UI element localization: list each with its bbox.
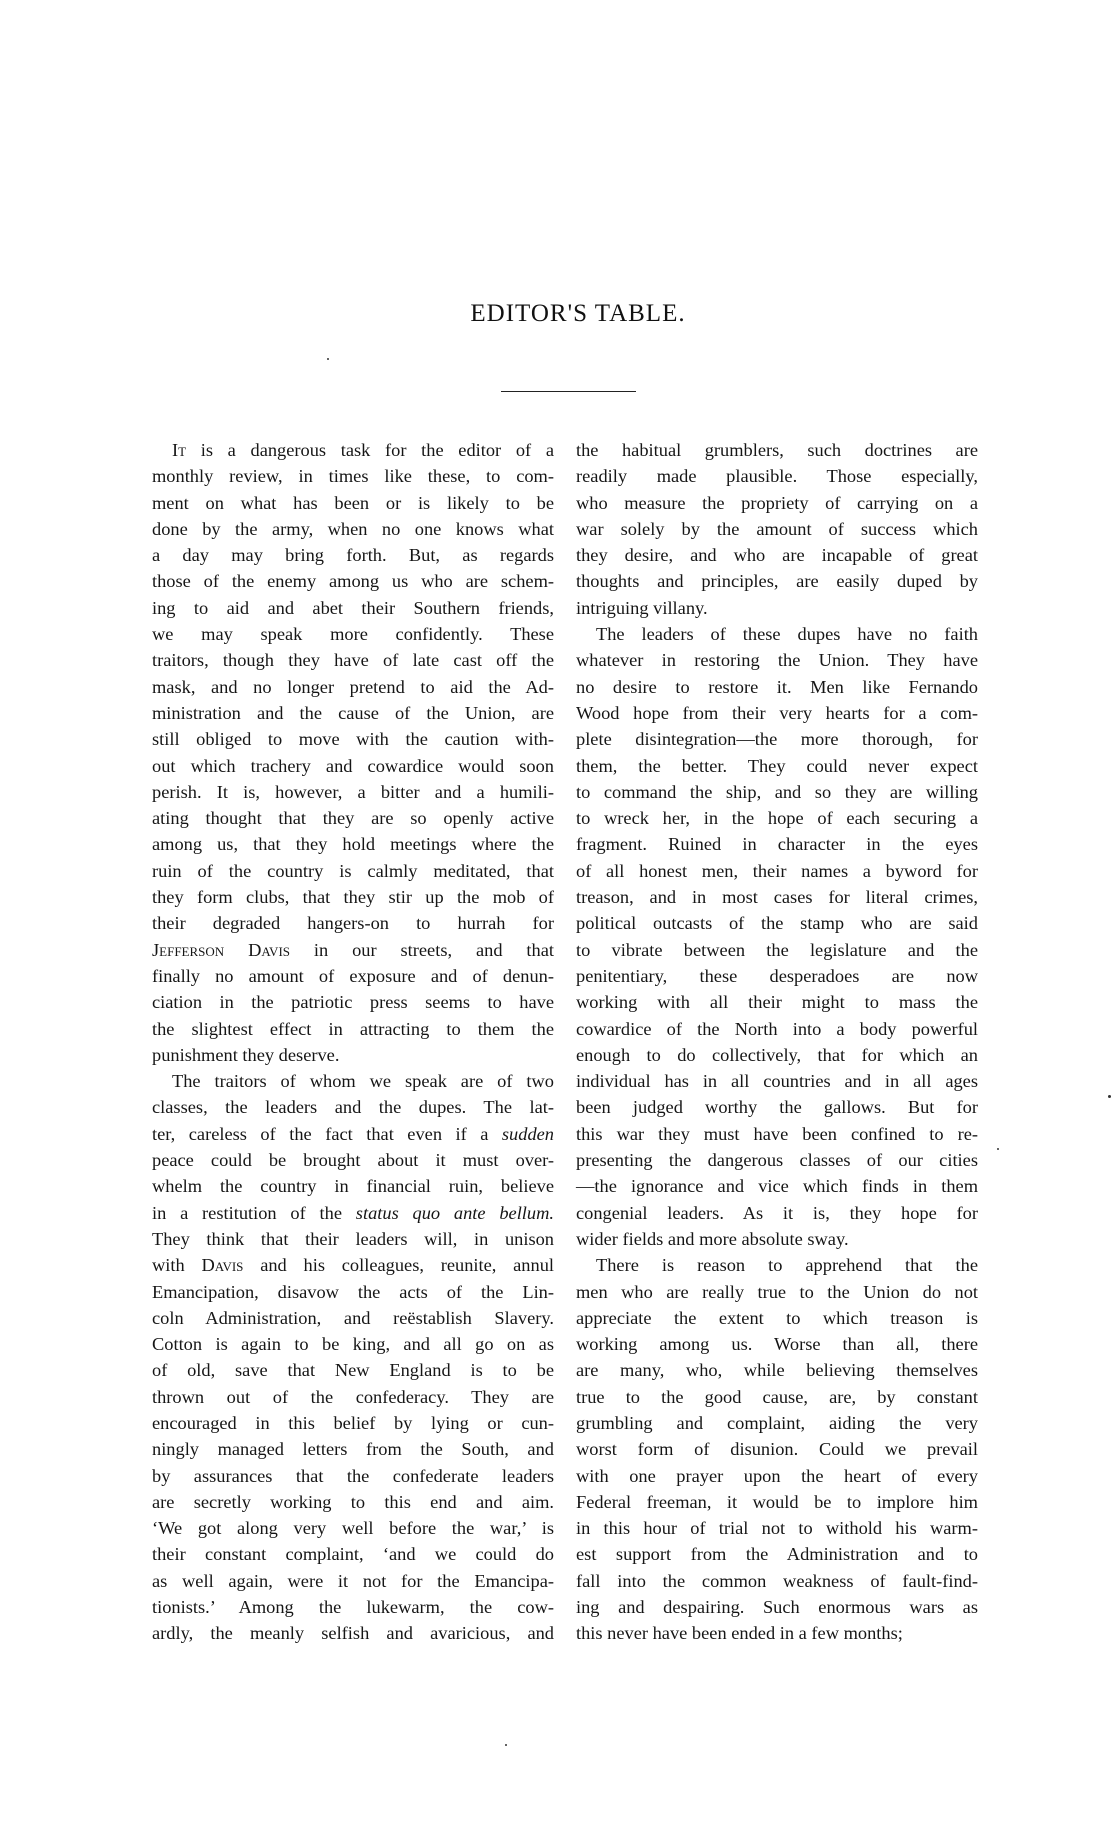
- text-line: coln Administration, and reëstablish Sla…: [152, 1305, 554, 1331]
- text-line: ruin of the country is calmly meditated,…: [152, 858, 554, 884]
- text-line: them, the better. They could never expec…: [576, 753, 978, 779]
- text-line: still obliged to move with the caution w…: [152, 726, 554, 752]
- text-line: they form clubs, that they stir up the m…: [152, 884, 554, 910]
- text-line: with Davis and his colleagues, reunite, …: [152, 1252, 554, 1278]
- text-line: ciation in the patriotic press seems to …: [152, 989, 554, 1015]
- text-line: working among us. Worse than all, there: [576, 1331, 978, 1357]
- text-line: est support from the Administration and …: [576, 1541, 978, 1567]
- text-line: ardly, the meanly selfish and avaricious…: [152, 1620, 554, 1646]
- text-line: a day may bring forth. But, as regards: [152, 542, 554, 568]
- text-line: the habitual grumblers, such doctrines a…: [576, 437, 978, 463]
- text-line: finally no amount of exposure and of den…: [152, 963, 554, 989]
- left-column: It is a dangerous task for the editor of…: [152, 437, 554, 1647]
- text-line: war solely by the amount of success whic…: [576, 516, 978, 542]
- text-line: presenting the dangerous classes of our …: [576, 1147, 978, 1173]
- text-line: their degraded hangers-on to hurrah for: [152, 910, 554, 936]
- text-line: penitentiary, these desperadoes are now: [576, 963, 978, 989]
- text-line: true to the good cause, are, by constant: [576, 1384, 978, 1410]
- text-line: Wood hope from their very hearts for a c…: [576, 700, 978, 726]
- text-line: classes, the leaders and the dupes. The …: [152, 1094, 554, 1120]
- text-line: congenial leaders. As it is, they hope f…: [576, 1200, 978, 1226]
- text-line: monthly review, in times like these, to …: [152, 463, 554, 489]
- text-line: we may speak more confidently. These: [152, 621, 554, 647]
- text-line: among us, that they hold meetings where …: [152, 831, 554, 857]
- text-line: by assurances that the confederate leade…: [152, 1463, 554, 1489]
- scan-speck: [997, 1148, 999, 1150]
- text-line: perish. It is, however, a bitter and a h…: [152, 779, 554, 805]
- text-line: The traitors of whom we speak are of two: [152, 1068, 554, 1094]
- text-line: done by the army, when no one knows what: [152, 516, 554, 542]
- scan-speck: [505, 1744, 507, 1746]
- text-line: Emancipation, disavow the acts of the Li…: [152, 1279, 554, 1305]
- text-line: with one prayer upon the heart of every: [576, 1463, 978, 1489]
- text-line: fall into the common weakness of fault-f…: [576, 1568, 978, 1594]
- text-line: men who are really true to the Union do …: [576, 1279, 978, 1305]
- text-line: of old, save that New England is to be: [152, 1357, 554, 1383]
- text-line: wider fields and more absolute sway.: [576, 1226, 978, 1252]
- scan-speck: [1108, 1095, 1111, 1098]
- text-line: to vibrate between the legislature and t…: [576, 937, 978, 963]
- text-line: plete disintegration—the more thorough, …: [576, 726, 978, 752]
- text-line: out which trachery and cowardice would s…: [152, 753, 554, 779]
- text-line: been judged worthy the gallows. But for: [576, 1094, 978, 1120]
- text-line: who measure the propriety of carrying on…: [576, 490, 978, 516]
- text-line: of all honest men, their names a byword …: [576, 858, 978, 884]
- text-line: readily made plausible. Those especially…: [576, 463, 978, 489]
- text-line: no desire to restore it. Men like Fernan…: [576, 674, 978, 700]
- text-line: ‘We got along very well before the war,’…: [152, 1515, 554, 1541]
- text-line: treason, and in most cases for literal c…: [576, 884, 978, 910]
- scan-speck: [327, 358, 329, 360]
- text-line: Cotton is again to be king, and all go o…: [152, 1331, 554, 1357]
- text-line: ing to aid and abet their Southern frien…: [152, 595, 554, 621]
- text-line: are many, who, while believing themselve…: [576, 1357, 978, 1383]
- text-line: The leaders of these dupes have no faith: [576, 621, 978, 647]
- text-line: those of the enemy among us who are sche…: [152, 568, 554, 594]
- right-column: the habitual grumblers, such doctrines a…: [576, 437, 978, 1647]
- text-line: ing and despairing. Such enormous wars a…: [576, 1594, 978, 1620]
- text-line: individual has in all countries and in a…: [576, 1068, 978, 1094]
- text-line: this war they must have been confined to…: [576, 1121, 978, 1147]
- text-line: they desire, and who are incapable of gr…: [576, 542, 978, 568]
- text-line: this never have been ended in a few mont…: [576, 1620, 978, 1646]
- text-line: There is reason to apprehend that the: [576, 1252, 978, 1278]
- text-line: punishment they deserve.: [152, 1042, 554, 1068]
- text-line: —the ignorance and vice which finds in t…: [576, 1173, 978, 1199]
- text-line: thrown out of the confederacy. They are: [152, 1384, 554, 1410]
- text-line: thoughts and principles, are easily dupe…: [576, 568, 978, 594]
- text-line: mask, and no longer pretend to aid the A…: [152, 674, 554, 700]
- text-line: ter, careless of the fact that even if a…: [152, 1121, 554, 1147]
- text-line: encouraged in this belief by lying or cu…: [152, 1410, 554, 1436]
- text-line: whelm the country in financial ruin, bel…: [152, 1173, 554, 1199]
- page-title: EDITOR'S TABLE.: [0, 300, 1120, 328]
- text-line: working with all their might to mass the: [576, 989, 978, 1015]
- text-line: their constant complaint, ‘and we could …: [152, 1541, 554, 1567]
- title-divider: [501, 391, 636, 392]
- text-line: are secretly working to this end and aim…: [152, 1489, 554, 1515]
- text-line: ment on what has been or is likely to be: [152, 490, 554, 516]
- text-line: intriguing villany.: [576, 595, 978, 621]
- text-line: appreciate the extent to which treason i…: [576, 1305, 978, 1331]
- text-line: in this hour of trial not to withold his…: [576, 1515, 978, 1541]
- text-line: tionists.’ Among the lukewarm, the cow-: [152, 1594, 554, 1620]
- text-line: to command the ship, and so they are wil…: [576, 779, 978, 805]
- text-line: enough to do collectively, that for whic…: [576, 1042, 978, 1068]
- text-line: worst form of disunion. Could we prevail: [576, 1436, 978, 1462]
- text-line: peace could be brought about it must ove…: [152, 1147, 554, 1173]
- text-line: ating thought that they are so openly ac…: [152, 805, 554, 831]
- text-line: cowardice of the North into a body power…: [576, 1016, 978, 1042]
- text-line: grumbling and complaint, aiding the very: [576, 1410, 978, 1436]
- text-line: Jefferson Davis in our streets, and that: [152, 937, 554, 963]
- text-line: as well again, were it not for the Emanc…: [152, 1568, 554, 1594]
- text-line: It is a dangerous task for the editor of…: [152, 437, 554, 463]
- text-line: Federal freeman, it would be to implore …: [576, 1489, 978, 1515]
- text-line: traitors, though they have of late cast …: [152, 647, 554, 673]
- text-line: the slightest effect in attracting to th…: [152, 1016, 554, 1042]
- text-line: to wreck her, in the hope of each securi…: [576, 805, 978, 831]
- text-line: in a restitution of the status quo ante …: [152, 1200, 554, 1226]
- text-line: ministration and the cause of the Union,…: [152, 700, 554, 726]
- text-line: They think that their leaders will, in u…: [152, 1226, 554, 1252]
- text-line: ningly managed letters from the South, a…: [152, 1436, 554, 1462]
- text-line: whatever in restoring the Union. They ha…: [576, 647, 978, 673]
- text-line: fragment. Ruined in character in the eye…: [576, 831, 978, 857]
- text-line: political outcasts of the stamp who are …: [576, 910, 978, 936]
